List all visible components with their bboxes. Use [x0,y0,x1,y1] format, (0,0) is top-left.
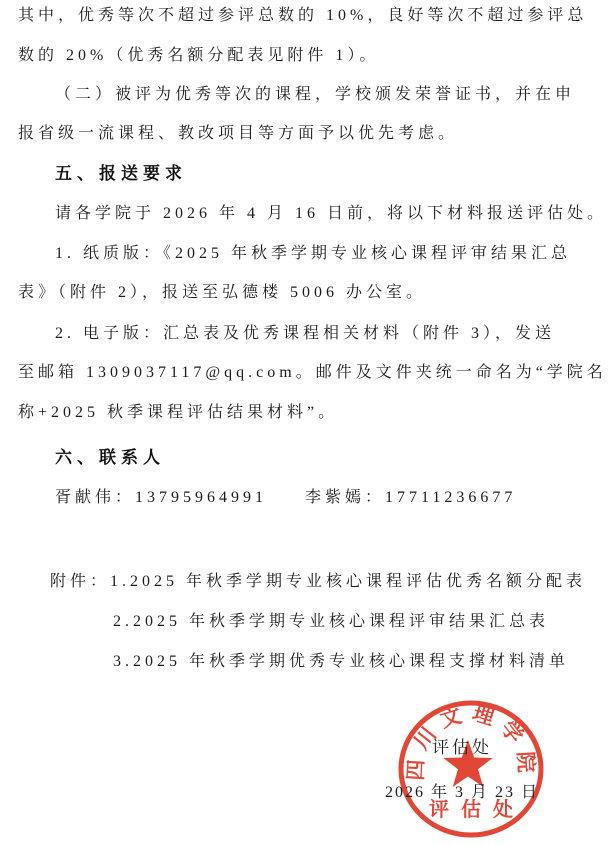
signature-date: 2026 年 3 月 23 日 [385,779,539,802]
section-heading-contacts: 六、联系人 [55,447,165,468]
paragraph-line: 请各学院于 2026 年 4 月 16 日前，将以下材料报送评估处。 [55,204,607,224]
contact-person-1: 胥献伟：13795964991 [55,488,267,508]
paragraph-line: （二）被评为优秀等次的课程，学校颁发荣誉证书，并在申 [55,85,575,105]
paragraph-line: 2. 电子版：汇总表及优秀课程相关材料（附件 3），发送 [55,324,555,344]
official-seal: 四川文理学院 评估处 [395,697,550,845]
document-page: 其中，优秀等次不超过参评总数的 10%，良好等次不超过参评总 数的 20%（优秀… [0,0,610,845]
attachment-item: 2.2025 年秋季学期专业核心课程评审结果汇总表 [113,612,549,632]
attachment-item: 3.2025 年秋季学期优秀专业核心课程支撑材料清单 [113,652,569,672]
paragraph-line: 1. 纸质版：《2025 年秋季学期专业核心课程评审结果汇总 [55,244,571,264]
attachments-line-1: 附件： 1.2025 年秋季学期专业核心课程评估优秀名额分配表 [50,572,586,592]
attachments-label: 附件： [50,572,110,592]
paragraph-line: 其中，优秀等次不超过参评总数的 10%，良好等次不超过参评总 [18,6,587,26]
paragraph-line: 称+2025 秋季课程评估结果材料”。 [18,403,338,423]
paragraph-line-email: 至邮箱 1309037117@qq.com。邮件及文件夹统一命名为“学院名 [18,363,607,383]
paragraph-line: 报省级一流课程、教改项目等方面予以优先考虑。 [18,124,458,144]
section-heading-submission: 五、报送要求 [55,163,187,184]
attachment-item: 1.2025 年秋季学期专业核心课程评估优秀名额分配表 [110,572,586,592]
signature-office: 评估处 [432,733,492,758]
contact-person-2: 李紫嫣：17711236677 [305,488,516,508]
contacts-row: 胥献伟：13795964991 李紫嫣：17711236677 [55,488,516,508]
paragraph-line: 数的 20%（优秀名额分配表见附件 1）。 [18,46,379,66]
paragraph-line: 表》（附件 2），报送至弘德楼 5006 办公室。 [18,283,426,303]
